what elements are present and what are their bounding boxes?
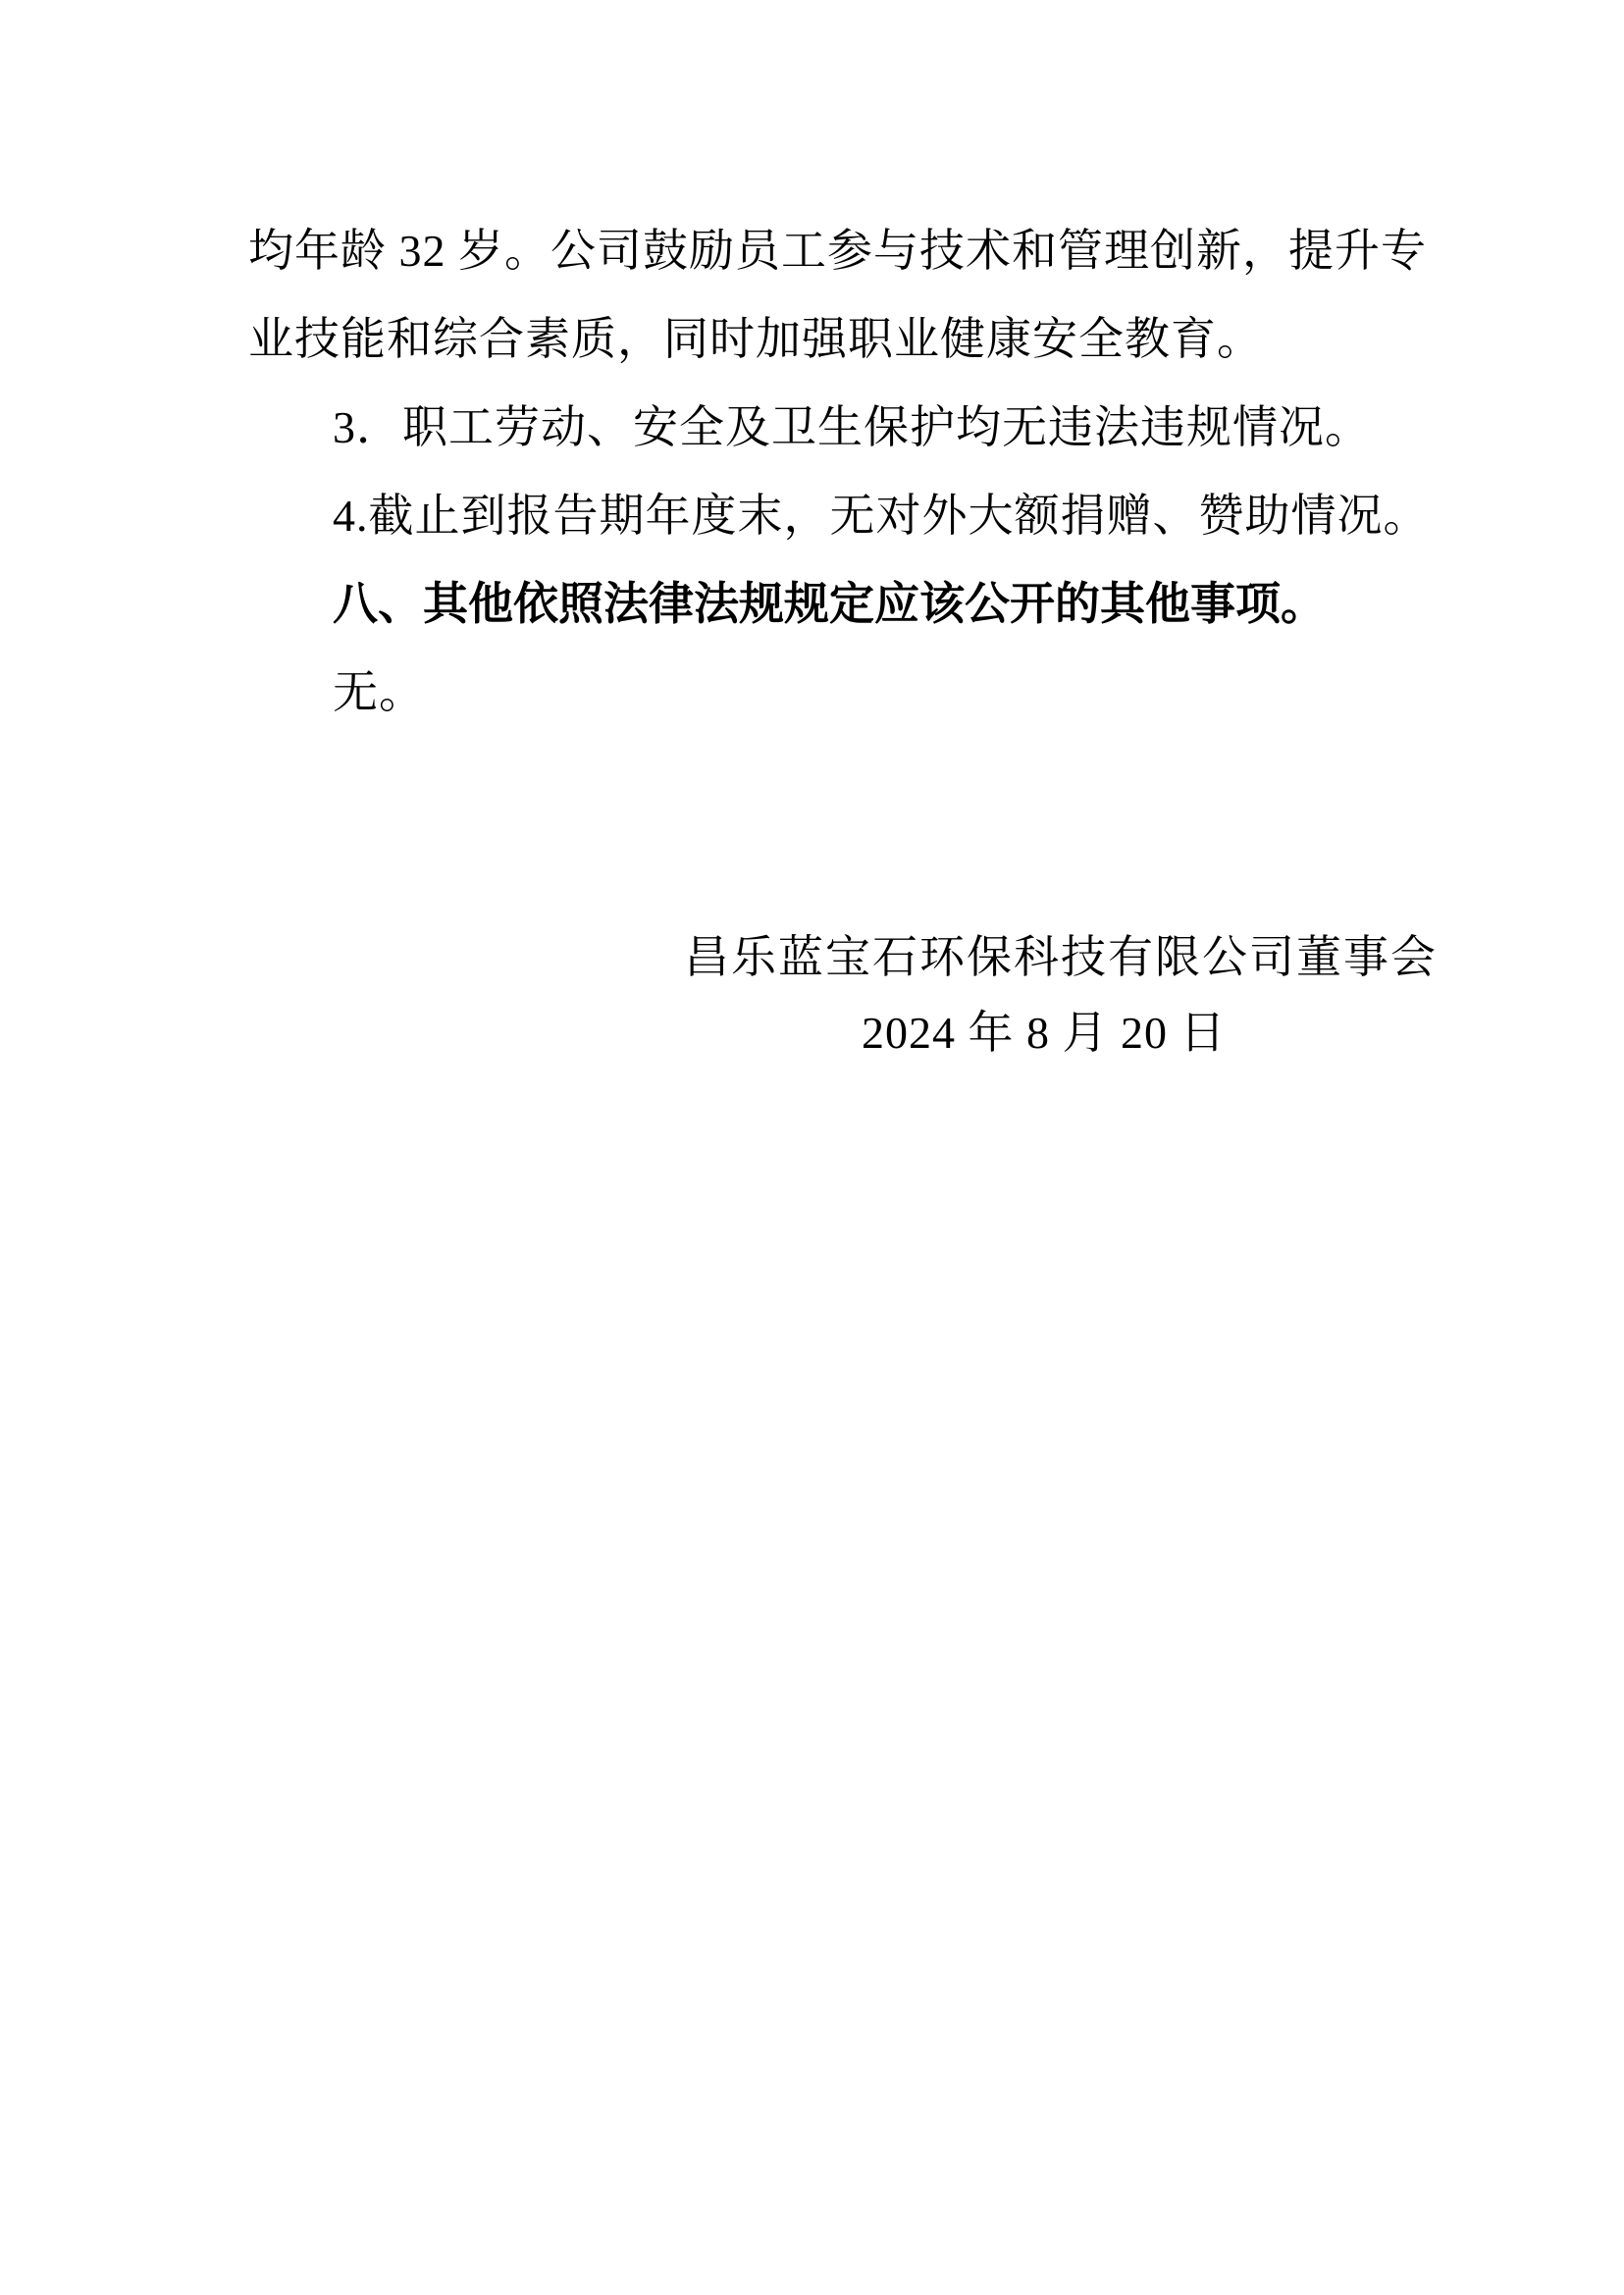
document-body: 均年龄 32 岁。公司鼓励员工参与技术和管理创新，提升专 业技能和综合素质，同时… <box>248 207 1411 737</box>
body-line-1: 均年龄 32 岁。公司鼓励员工参与技术和管理创新，提升专 <box>248 207 1411 295</box>
document-page: 均年龄 32 岁。公司鼓励员工参与技术和管理创新，提升专 业技能和综合素质，同时… <box>0 0 1624 2295</box>
section-8-content: 无。 <box>248 649 1411 737</box>
signature-company: 昌乐蓝宝石环保科技有限公司董事会 <box>684 931 1438 984</box>
section-8-heading: 八、其他依照法律法规规定应该公开的其他事项。 <box>248 560 1411 649</box>
body-item-3: 3．职工劳动、安全及卫生保护均无违法违规情况。 <box>248 384 1411 472</box>
body-line-2: 业技能和综合素质，同时加强职业健康安全教育。 <box>248 295 1411 384</box>
signature-date: 2024 年 8 月 20 日 <box>862 1007 1227 1060</box>
body-item-4: 4.截止到报告期年度末，无对外大额捐赠、赞助情况。 <box>248 472 1411 560</box>
